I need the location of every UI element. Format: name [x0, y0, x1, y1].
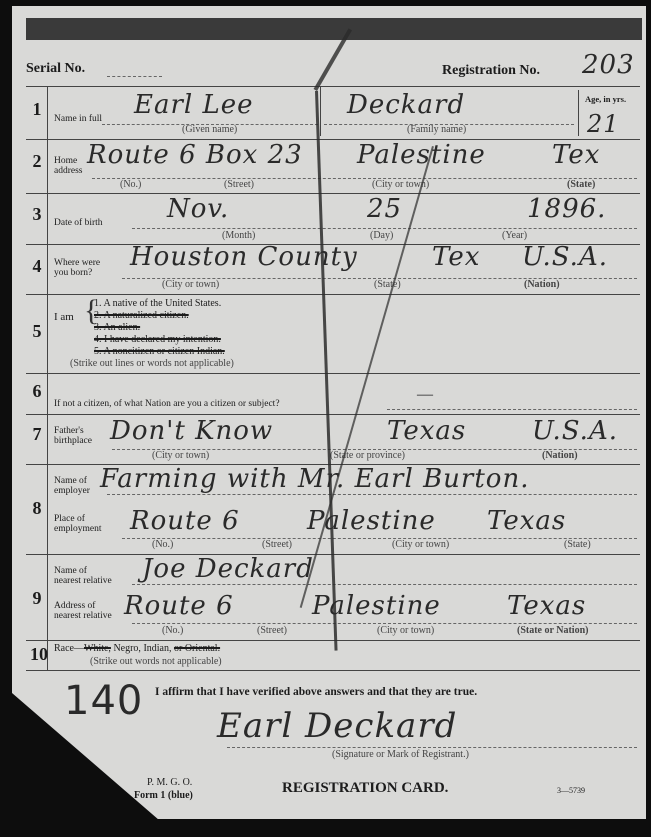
- form-title: REGISTRATION CARD.: [282, 780, 448, 797]
- option-alien: 3. An alien.: [94, 322, 225, 334]
- citizenship-options: 1. A native of the United States. 2. A n…: [94, 298, 225, 358]
- race-strike-note: (Strike out words not applicable): [90, 656, 222, 667]
- label-line: Father's: [54, 426, 92, 436]
- caption-no: (No.): [120, 179, 141, 190]
- nation-question-label: If not a citizen, of what Nation are you…: [54, 399, 280, 409]
- caption-month: (Month): [222, 230, 255, 241]
- relative-address-line: [132, 623, 637, 624]
- field-number: 5: [30, 321, 44, 342]
- relative-city-value: Palestine: [312, 591, 441, 621]
- registration-number: 203: [582, 50, 635, 80]
- employer-line: [107, 494, 637, 495]
- signature-caption: (Signature or Mark of Registrant.): [332, 749, 469, 760]
- caption-day: (Day): [370, 230, 393, 241]
- caption-nation: (Nation): [524, 279, 560, 290]
- field-number: 6: [30, 381, 44, 402]
- birthplace-label: Where were you born?: [54, 258, 100, 278]
- form-id-line1: P. M. G. O.: [147, 777, 192, 788]
- race-option-indian: Indian,: [143, 643, 171, 654]
- age-value: 21: [587, 110, 620, 138]
- caption-street: (Street): [262, 539, 292, 550]
- label-line: Name of: [54, 566, 112, 576]
- registration-card: Serial No. Registration No. 203 1 Name i…: [12, 6, 646, 819]
- field-number: 10: [30, 644, 44, 665]
- dob-month-value: Nov.: [167, 194, 229, 224]
- field-number: 2: [30, 151, 44, 172]
- serial-label: Serial No.: [26, 61, 85, 77]
- race-option-white: White,: [84, 643, 111, 654]
- check-mark-stroke: [315, 91, 338, 651]
- dob-label: Date of birth: [54, 218, 103, 228]
- caption-city: (City or town): [162, 279, 219, 290]
- race-option-negro: Negro,: [113, 643, 141, 654]
- given-caption: (Given name): [182, 124, 237, 135]
- field-number: 7: [30, 424, 44, 445]
- registration-label: Registration No.: [442, 63, 540, 79]
- nation-line: [387, 409, 637, 410]
- caption-city: (City or town): [377, 625, 434, 636]
- header-bar: [26, 18, 642, 40]
- field-number: 1: [30, 99, 44, 120]
- age-box-divider: [578, 90, 579, 136]
- dob-day-value: 25: [367, 194, 402, 224]
- divider: [26, 86, 640, 87]
- divider: [26, 414, 640, 415]
- employer-label: Name of employer: [54, 476, 90, 496]
- caption-state-nation: (State or Nation): [517, 625, 588, 636]
- field-number: 4: [30, 256, 44, 277]
- label-line: Where were: [54, 258, 100, 268]
- family-name-value: Deckard: [347, 90, 465, 120]
- caption-nation: (Nation): [542, 450, 578, 461]
- employer-value: Farming with Mr. Earl Burton.: [100, 464, 529, 494]
- father-city-value: Don't Know: [110, 416, 273, 446]
- form-code: 3—5739: [557, 786, 585, 795]
- relative-no-street-value: Route 6: [124, 591, 234, 621]
- number-column-divider: [47, 86, 48, 671]
- registrant-signature: Earl Deckard: [217, 706, 457, 746]
- label-line: Name of: [54, 476, 90, 486]
- caption-city: (City or town): [152, 450, 209, 461]
- relative-name-label: Name of nearest relative: [54, 566, 112, 586]
- label-line: employment: [54, 524, 102, 534]
- label-line: address: [54, 166, 83, 176]
- label-line: nearest relative: [54, 611, 112, 621]
- dob-year-value: 1896.: [527, 194, 606, 224]
- serial-value-line: [107, 76, 162, 77]
- dob-line: [132, 228, 637, 229]
- signature-line: [227, 747, 637, 748]
- caption-state: (State): [564, 539, 591, 550]
- race-prefix: Race—: [54, 643, 84, 654]
- address-line: [92, 178, 637, 179]
- employment-line: [122, 538, 637, 539]
- label-line: Address of: [54, 601, 112, 611]
- employment-no-street-value: Route 6: [130, 506, 240, 536]
- home-state-value: Tex: [552, 140, 600, 170]
- birth-state-value: Tex: [432, 242, 480, 272]
- option-naturalized: 2. A naturalized citizen.: [94, 310, 225, 322]
- margin-note: 140: [64, 678, 143, 724]
- given-name-value: Earl Lee: [134, 90, 254, 120]
- label-line: Place of: [54, 514, 102, 524]
- form-id-line2: Form 1 (blue): [134, 790, 193, 801]
- divider: [26, 294, 640, 295]
- caption-street: (Street): [224, 179, 254, 190]
- caption-street: (Street): [257, 625, 287, 636]
- caption-no: (No.): [162, 625, 183, 636]
- race-label: Race—White, Negro, Indian, or Oriental.: [54, 644, 220, 654]
- relative-name-value: Joe Deckard: [142, 554, 314, 584]
- age-label: Age, in yrs.: [585, 94, 626, 104]
- label-line: nearest relative: [54, 576, 112, 586]
- relative-name-line: [132, 584, 637, 585]
- divider: [26, 373, 640, 374]
- birth-nation-value: U.S.A.: [522, 242, 608, 272]
- option-noncitizen-indian: 5. A noncitizen or citizen Indian.: [94, 346, 225, 358]
- father-nation-value: U.S.A.: [532, 416, 618, 446]
- label-line: employer: [54, 486, 90, 496]
- field-number: 9: [30, 588, 44, 609]
- label-line: Home: [54, 156, 83, 166]
- caption-state: (State): [567, 179, 595, 190]
- label-line: you born?: [54, 268, 100, 278]
- divider: [26, 640, 640, 641]
- employment-state-value: Texas: [487, 506, 566, 536]
- home-city-value: Palestine: [357, 140, 486, 170]
- caption-city: (City or town): [392, 539, 449, 550]
- name-label: Name in full: [54, 114, 102, 124]
- divider: [26, 670, 640, 671]
- employment-place-label: Place of employment: [54, 514, 102, 534]
- race-option-oriental: or Oriental.: [174, 643, 220, 654]
- home-no-street-value: Route 6 Box 23: [87, 140, 303, 170]
- name-divider: [320, 86, 321, 136]
- option-declared-intention: 4. I have declared my intention.: [94, 334, 225, 346]
- field-number: 8: [30, 498, 44, 519]
- strike-note: (Strike out lines or words not applicabl…: [70, 358, 234, 369]
- caption-no: (No.): [152, 539, 173, 550]
- father-state-value: Texas: [387, 416, 466, 446]
- relative-address-label: Address of nearest relative: [54, 601, 112, 621]
- caption-year: (Year): [502, 230, 527, 241]
- label-line: birthplace: [54, 436, 92, 446]
- relative-state-value: Texas: [507, 591, 586, 621]
- nation-answer-value: —: [417, 386, 433, 404]
- field-number: 3: [30, 204, 44, 225]
- home-address-label: Home address: [54, 156, 83, 176]
- caption-state: (State): [374, 279, 401, 290]
- family-caption: (Family name): [407, 124, 466, 135]
- citizenship-label: I am: [54, 312, 74, 322]
- father-birthplace-label: Father's birthplace: [54, 426, 92, 446]
- option-native: 1. A native of the United States.: [94, 298, 225, 310]
- affirmation-text: I affirm that I have verified above answ…: [155, 686, 477, 698]
